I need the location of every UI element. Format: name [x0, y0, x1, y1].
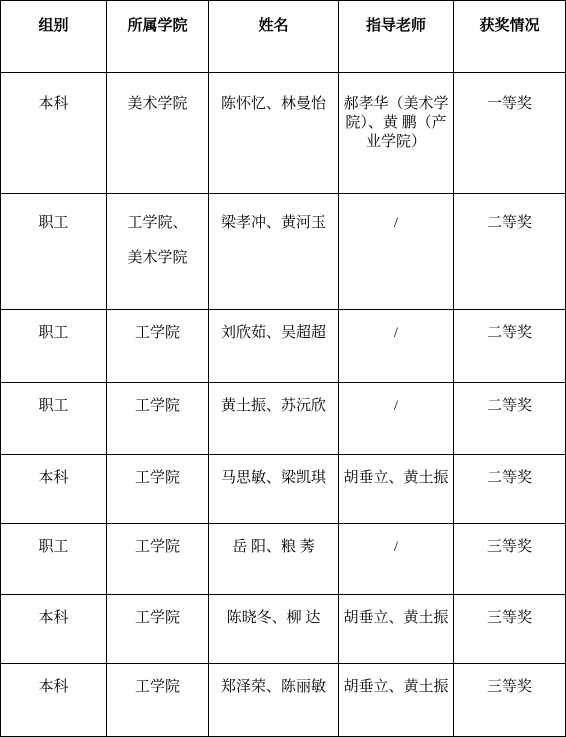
header-cell-college: 所属学院 — [107, 1, 209, 73]
cell-line: 工学院、 — [109, 214, 206, 233]
table-row: 职工 工学院 岳 阳、粮 莠 / 三等奖 — [1, 524, 566, 595]
cell-names: 陈怀忆、林曼怡 — [209, 73, 339, 194]
cell-names: 刘欣茹、吴超超 — [209, 310, 339, 383]
cell-advisor: 胡垂立、黄土振 — [339, 455, 454, 524]
cell-college: 工学院、 美术学院 — [107, 194, 209, 310]
cell-advisor: / — [339, 310, 454, 383]
table-row: 职工 工学院 刘欣茹、吴超超 / 二等奖 — [1, 310, 566, 383]
table-header-row: 组别 所属学院 姓名 指导老师 获奖情况 — [1, 1, 566, 73]
cell-line: 胡垂立、黄土振 — [341, 469, 451, 488]
cell-line: 郝孝华（美术学 — [341, 95, 451, 114]
cell-group: 职工 — [1, 524, 107, 595]
cell-names: 黄土振、苏沅欣 — [209, 383, 339, 455]
cell-line: / — [341, 214, 451, 233]
cell-award: 二等奖 — [454, 194, 566, 310]
cell-college: 工学院 — [107, 383, 209, 455]
cell-group: 本科 — [1, 595, 107, 664]
cell-group: 本科 — [1, 664, 107, 737]
cell-award: 二等奖 — [454, 455, 566, 524]
table-row: 职工 工学院、 美术学院 梁孝冲、黄河玉 / 二等奖 — [1, 194, 566, 310]
cell-line: 业学院） — [341, 133, 451, 152]
header-cell-group: 组别 — [1, 1, 107, 73]
cell-group: 职工 — [1, 310, 107, 383]
award-table: 组别 所属学院 姓名 指导老师 获奖情况 本科 美术学院 陈怀忆、林曼怡 郝孝华… — [0, 0, 566, 737]
cell-college: 美术学院 — [107, 73, 209, 194]
table-row: 本科 工学院 陈晓冬、柳 达 胡垂立、黄土振 三等奖 — [1, 595, 566, 664]
cell-advisor: / — [339, 524, 454, 595]
cell-line: 工学院 — [109, 538, 206, 557]
cell-college: 工学院 — [107, 664, 209, 737]
cell-line: 胡垂立、黄土振 — [341, 678, 451, 697]
cell-line: / — [341, 397, 451, 416]
cell-college: 工学院 — [107, 455, 209, 524]
cell-line: 工学院 — [109, 397, 206, 416]
cell-award: 二等奖 — [454, 310, 566, 383]
cell-names: 郑泽荣、陈丽敏 — [209, 664, 339, 737]
cell-line: 美术学院 — [109, 249, 206, 268]
cell-group: 本科 — [1, 73, 107, 194]
header-cell-names: 姓名 — [209, 1, 339, 73]
cell-line: / — [341, 538, 451, 557]
cell-line: 工学院 — [109, 678, 206, 697]
header-cell-award: 获奖情况 — [454, 1, 566, 73]
cell-line: / — [341, 324, 451, 343]
table-row: 本科 工学院 郑泽荣、陈丽敏 胡垂立、黄土振 三等奖 — [1, 664, 566, 737]
cell-names: 梁孝冲、黄河玉 — [209, 194, 339, 310]
cell-award: 三等奖 — [454, 524, 566, 595]
cell-advisor: 胡垂立、黄土振 — [339, 595, 454, 664]
cell-advisor: 郝孝华（美术学 院）、黄 鹏（产 业学院） — [339, 73, 454, 194]
cell-line: 美术学院 — [109, 95, 206, 114]
cell-college: 工学院 — [107, 310, 209, 383]
cell-line: 院）、黄 鹏（产 — [341, 114, 451, 133]
cell-advisor: / — [339, 383, 454, 455]
table-row: 职工 工学院 黄土振、苏沅欣 / 二等奖 — [1, 383, 566, 455]
cell-college: 工学院 — [107, 524, 209, 595]
table-row: 本科 美术学院 陈怀忆、林曼怡 郝孝华（美术学 院）、黄 鹏（产 业学院） 一等… — [1, 73, 566, 194]
cell-college: 工学院 — [107, 595, 209, 664]
cell-advisor: 胡垂立、黄土振 — [339, 664, 454, 737]
table-row: 本科 工学院 马思敏、梁凯琪 胡垂立、黄土振 二等奖 — [1, 455, 566, 524]
cell-group: 职工 — [1, 194, 107, 310]
header-cell-advisor: 指导老师 — [339, 1, 454, 73]
cell-group: 职工 — [1, 383, 107, 455]
cell-award: 三等奖 — [454, 664, 566, 737]
cell-names: 陈晓冬、柳 达 — [209, 595, 339, 664]
cell-line: 工学院 — [109, 324, 206, 343]
cell-award: 一等奖 — [454, 73, 566, 194]
cell-award: 二等奖 — [454, 383, 566, 455]
cell-line: 胡垂立、黄土振 — [341, 609, 451, 628]
cell-group: 本科 — [1, 455, 107, 524]
cell-line: 工学院 — [109, 469, 206, 488]
cell-names: 岳 阳、粮 莠 — [209, 524, 339, 595]
cell-line: 工学院 — [109, 609, 206, 628]
cell-award: 三等奖 — [454, 595, 566, 664]
cell-advisor: / — [339, 194, 454, 310]
cell-names: 马思敏、梁凯琪 — [209, 455, 339, 524]
